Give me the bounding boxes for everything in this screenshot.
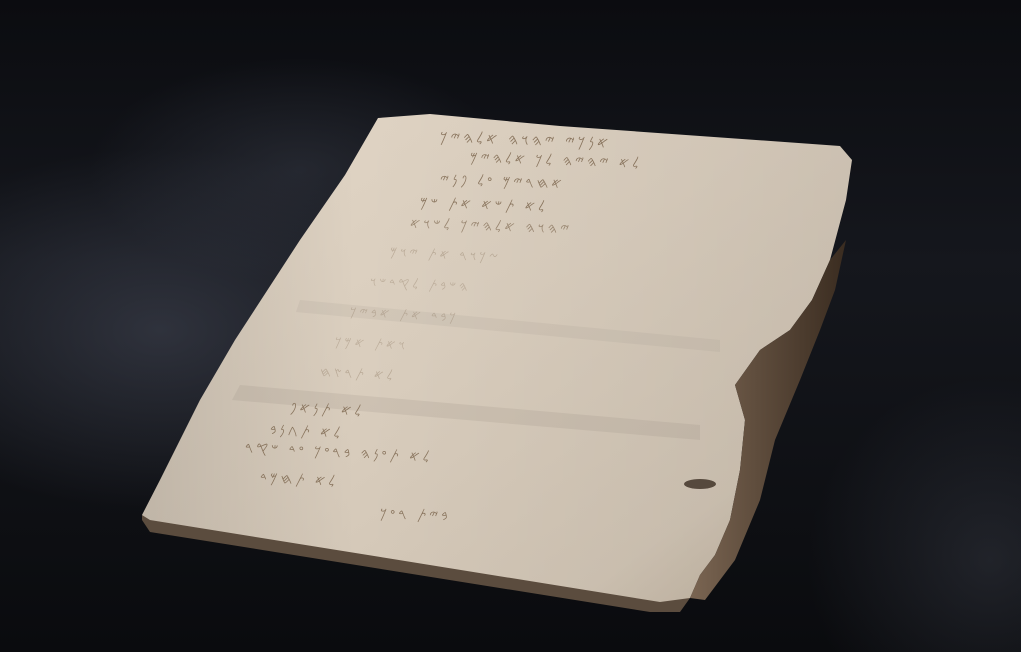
inscription-line-15: 𐤁𐤉𐤕 𐤓𐤏𐤊	[380, 506, 451, 524]
stone-tablet	[0, 0, 1021, 652]
